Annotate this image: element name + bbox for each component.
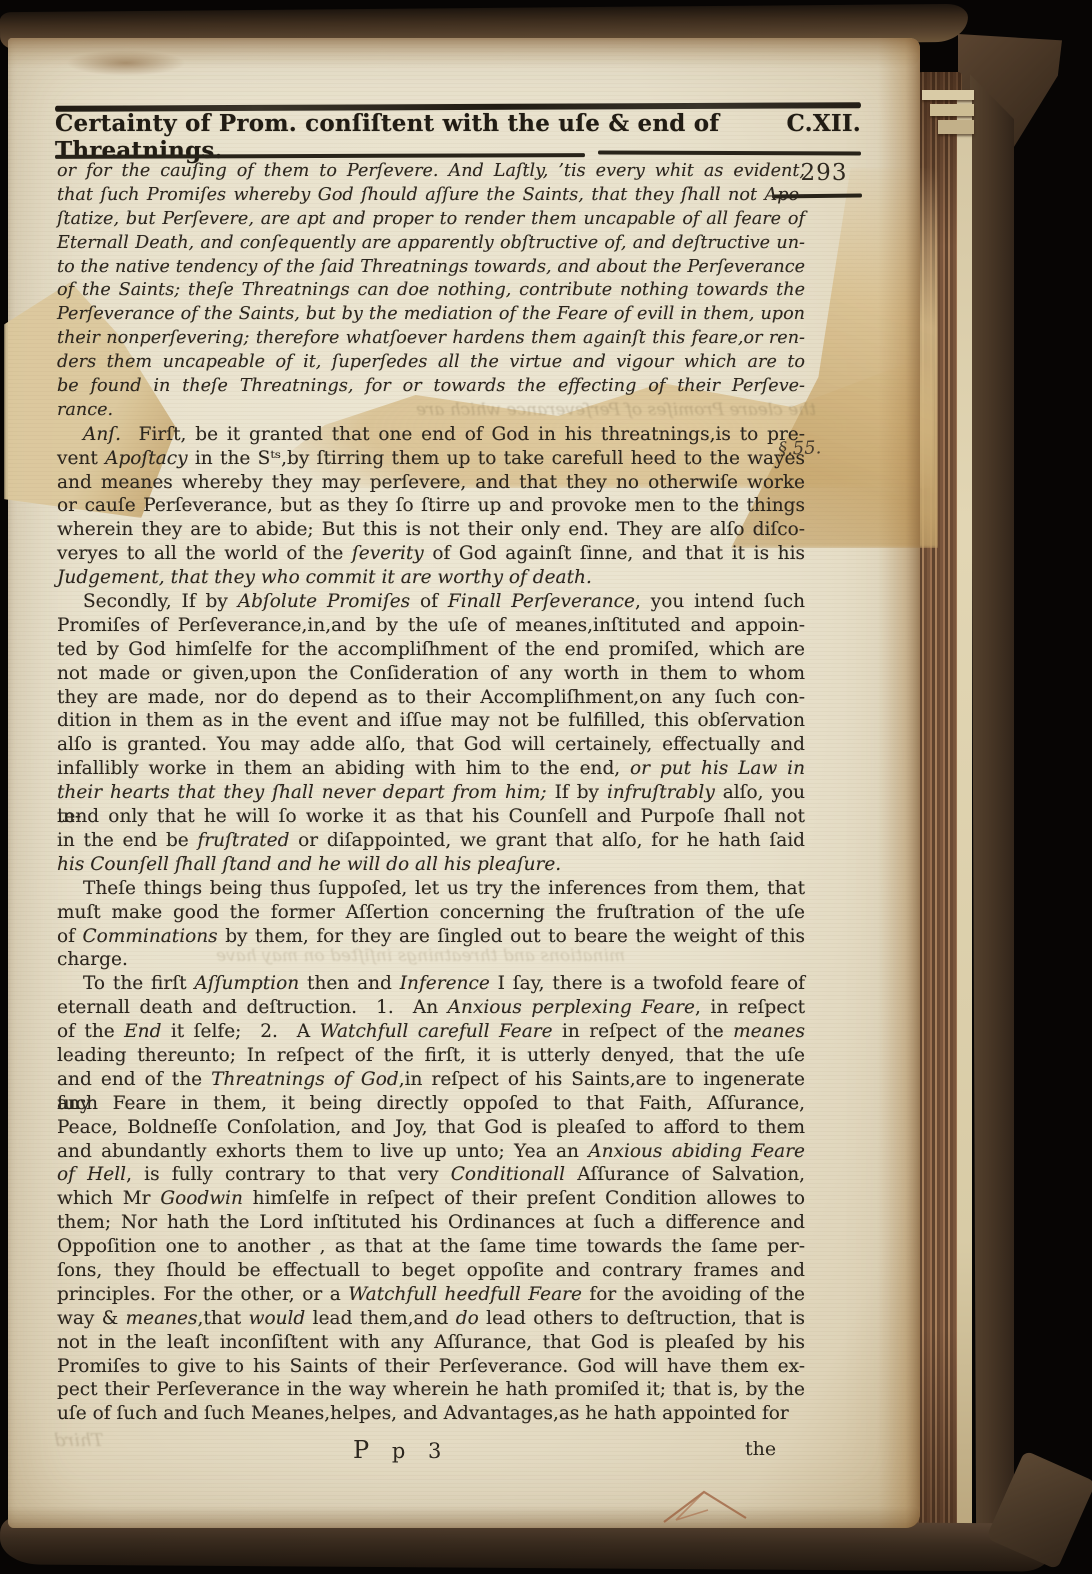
text-line: and end of the Threatnings of God,in reſ… (57, 1068, 805, 1092)
browned-top-edge (8, 38, 920, 68)
text-line: their nonperſevering; therefore whatſoev… (57, 327, 805, 351)
text-line: of Hell, is fully contrary to that very … (57, 1163, 805, 1187)
text-line: Anſ. Firſt, be it granted that one end o… (57, 423, 805, 447)
text-line: ſons, they ſhould be effectuall to beget… (57, 1259, 805, 1283)
text-line: Promiſes of Perſeverance,in,and by the u… (57, 614, 805, 638)
text-line: that ſuch Promiſes whereby God ſhould aſ… (57, 184, 805, 208)
body-paragraph: Theſe things being thus ſuppoſed, let us… (57, 877, 805, 973)
catchword: the (745, 1438, 776, 1460)
text-line: eternall death and deſtruction. 1. An An… (57, 996, 805, 1020)
body-text: or for the cauſing of them to Perſevere.… (57, 160, 805, 1426)
stepped-page-corners (922, 90, 974, 146)
text-line: To the firſt Aſſumption then and Inferen… (57, 972, 805, 996)
chapter-number: C.XII. (787, 110, 861, 137)
text-line: veryes to all the world of the ſeverity … (57, 542, 805, 566)
text-line: Peace, Boldneſſe Conſolation, and Joy, t… (57, 1116, 805, 1140)
text-line: they are made, nor do depend as to their… (57, 686, 805, 710)
text-line: wherein they are to abide; But this is n… (57, 518, 805, 542)
text-line: Secondly, If by Abſolute Promiſes of Fin… (57, 590, 805, 614)
signature-letter: 3 (428, 1439, 441, 1463)
text-line: of Comminations by them, for they are ſi… (57, 925, 805, 949)
text-line: charge. (57, 948, 805, 972)
text-line: not made or given,upon the Conſideration… (57, 662, 805, 686)
text-line: of the Saints; theſe Threatnings can doe… (57, 279, 805, 303)
body-paragraph: Secondly, If by Abſolute Promiſes of Fin… (57, 590, 805, 877)
text-line: leading thereunto; In reſpect of the fir… (57, 1044, 805, 1068)
ink-mark (656, 1486, 766, 1530)
signature-letter: P (353, 1436, 369, 1464)
body-paragraph: To the firſt Aſſumption then and Inferen… (57, 972, 805, 1426)
text-line: and meanes whereby they may perſevere, a… (57, 471, 805, 495)
text-line: infallibly worke in them an abiding with… (57, 757, 805, 781)
browned-right-edge (878, 38, 920, 1528)
text-line: Promiſes to give to his Saints of their … (57, 1355, 805, 1379)
text-line: alſo is granted. You may adde alſo, that… (57, 733, 805, 757)
text-line: tend only that he will ſo worke it as th… (57, 805, 805, 829)
text-line: or for the cauſing of them to Perſevere.… (57, 160, 805, 184)
signature-letter: p (392, 1439, 405, 1463)
direction-line: P p 3 the (57, 1436, 805, 1466)
text-line: in the end be fruſtrated or diſappointed… (57, 829, 805, 853)
text-line: ſtatize, but Perſevere, are apt and prop… (57, 208, 805, 232)
text-line: ders them uncapeable of it, ſuperſedes a… (57, 351, 805, 375)
text-line: pect their Perſeverance in the way where… (57, 1378, 805, 1402)
running-header-row: Certainty of Prom. conſiſtent with the u… (55, 110, 861, 148)
text-line: which Mr Goodwin himſelfe in reſpect of … (57, 1187, 805, 1211)
text-line: and abundantly exhorts them to live up u… (57, 1140, 805, 1164)
book-page: the cleare Promiſes of Perſeverance whic… (8, 38, 920, 1528)
text-line: Eternall Death, and conſequently are app… (57, 232, 805, 256)
signature-mark: P p 3 (353, 1436, 457, 1464)
page-stack-fore-edge (914, 72, 962, 1534)
text-line: Perſeverance of the Saints, but by the m… (57, 303, 805, 327)
text-line: Theſe things being thus ſuppoſed, let us… (57, 877, 805, 901)
text-line: uſe of ſuch and ſuch Meanes,helpes, and … (57, 1402, 805, 1426)
text-line: their hearts that they ſhall never depar… (57, 781, 805, 805)
text-line: his Counſell ſhall ſtand and he will do … (57, 853, 805, 877)
text-line: Judgement, that they who commit it are w… (57, 566, 805, 590)
text-line: muſt make good the former Aſſertion conc… (57, 901, 805, 925)
text-line: rance. (57, 399, 805, 423)
text-line: ted by God himſelfe for the accompliſhme… (57, 638, 805, 662)
text-line: ſuch Feare in them, it being directly op… (57, 1092, 805, 1116)
underlying-page-edge (957, 96, 972, 1526)
text-line: vent Apoſtacy in the Sᵗˢ,by ſtirring the… (57, 447, 805, 471)
text-line: of the End it ſelfe; 2. A Watchfull care… (57, 1020, 805, 1044)
text-line: Oppoſition one to another , as that at t… (57, 1235, 805, 1259)
text-line: principles. For the other, or a Watchful… (57, 1283, 805, 1307)
body-paragraph: Anſ. Firſt, be it granted that one end o… (57, 423, 805, 590)
text-line: dition in them as in the event and iſſue… (57, 709, 805, 733)
text-line: or cauſe Perſeverance, but as they ſo ſt… (57, 494, 805, 518)
text-line: not in the leaſt inconſiſtent with any A… (57, 1331, 805, 1355)
text-line: to the native tendency of the ſaid Threa… (57, 256, 805, 280)
text-line: way & meanes,that would lead them,and do… (57, 1307, 805, 1331)
browned-bottom-edge (8, 1506, 920, 1528)
body-paragraph: or for the cauſing of them to Perſevere.… (57, 160, 805, 423)
text-line: be found in theſe Threatnings, for or to… (57, 375, 805, 399)
text-line: them; Nor hath the Lord inſtituted his O… (57, 1211, 805, 1235)
book-cover-right-board (970, 52, 1014, 1544)
